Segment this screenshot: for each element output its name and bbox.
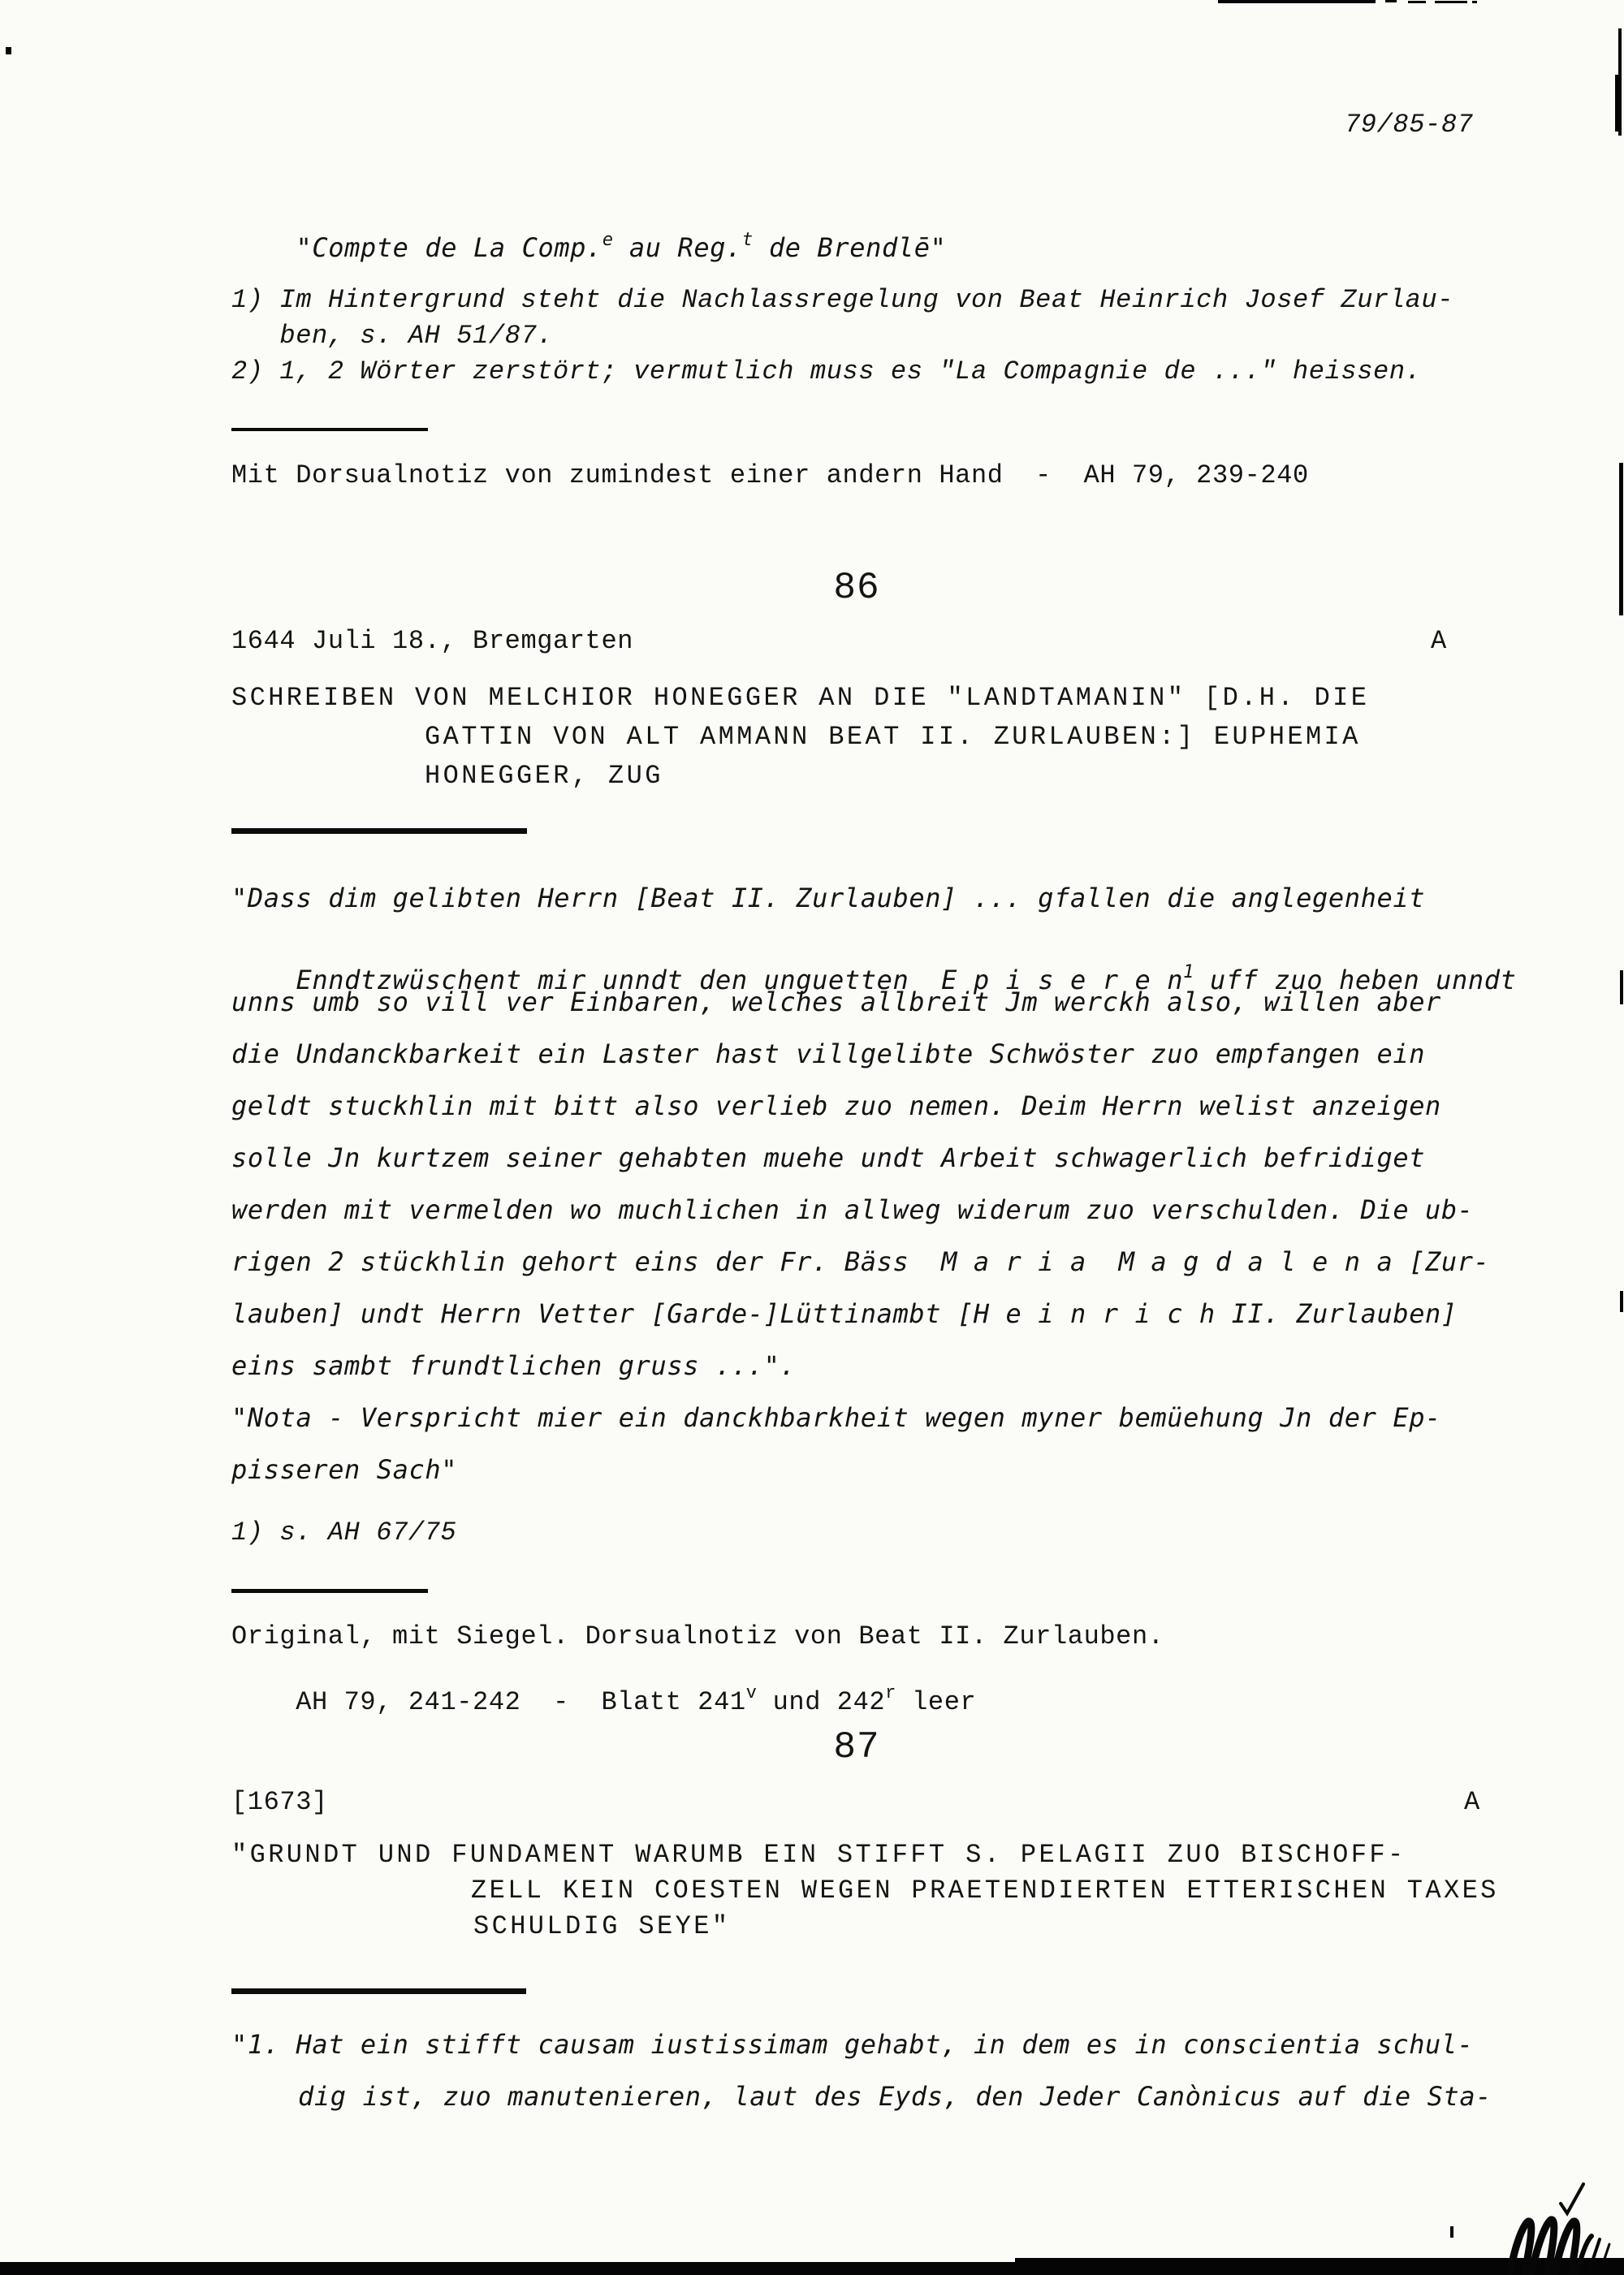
separator-rule <box>231 828 527 834</box>
scan-edge-top-line <box>1408 1 1426 3</box>
compte-quote-pre: "Compte de La Comp. <box>296 232 602 263</box>
dorsual-note-line: Mit Dorsualnotiz von zumindest einer and… <box>231 461 1309 491</box>
entry-number-86: 86 <box>833 567 879 609</box>
scan-edge-right-line <box>1620 1291 1623 1312</box>
scan-speck <box>6 47 11 54</box>
entry86-quote-line: solle Jn kurtzem seiner gehabten muehe u… <box>231 1143 1425 1173</box>
entry87-siglum: A <box>1464 1788 1480 1818</box>
scan-edge-right-line <box>1615 75 1622 132</box>
footnote-line: 1) Im Hintergrund steht die Nachlassrege… <box>231 286 1453 316</box>
entry86-quote-line: unns umb so vill ver Einbaren, welches a… <box>231 987 1441 1017</box>
entry86-quote-line: "Dass dim gelibten Herrn [Beat II. Zurla… <box>231 883 1425 913</box>
entry87-dateline: [1673] <box>231 1788 328 1818</box>
separator-rule <box>231 1589 428 1593</box>
handwritten-pen-mark-icon <box>1499 2212 1621 2275</box>
entry86-footnote: 1) s. AH 67/75 <box>231 1518 456 1548</box>
episeren-footnote-superscript: 1 <box>1183 962 1194 982</box>
folio-superscript-r: r <box>885 1683 896 1703</box>
scan-edge-top-line <box>1435 1 1467 3</box>
entry86-quote-line: lauben] undt Herrn Vetter [Garde-]Lüttin… <box>231 1299 1458 1329</box>
entry86-siglum: A <box>1431 627 1447 657</box>
entry86-provenance-line: Original, mit Siegel. Dorsualnotiz von B… <box>231 1622 1164 1652</box>
compte-superscript-e: e <box>603 230 613 250</box>
entry86-quote-line: werden mit vermelden wo muchlichen in al… <box>231 1195 1474 1225</box>
separator-rule <box>231 428 428 431</box>
scan-edge-top-line <box>1385 0 1397 2</box>
archive-catalog-page: 79/85-87 "Compte de La Comp.e au Reg.t d… <box>0 0 1624 2275</box>
compte-superscript-t: t <box>742 230 753 250</box>
scan-edge-right-line <box>1619 463 1623 615</box>
entry87-heading-line: SCHULDIG SEYE" <box>473 1912 730 1942</box>
compte-quote-line: "Compte de La Comp.e au Reg.t de Brendlē… <box>231 203 946 292</box>
entry86-heading-line: GATTIN VON ALT AMMANN BEAT II. ZURLAUBEN… <box>425 723 1361 753</box>
entry86-quote-line: die Undanckbarkeit ein Laster hast villg… <box>231 1039 1425 1069</box>
entry87-heading-line: ZELL KEIN COESTEN WEGEN PRAETENDIERTEN E… <box>471 1876 1499 1906</box>
entry87-heading-line: "GRUNDT UND FUNDAMENT WARUMB EIN STIFFT … <box>231 1841 1406 1871</box>
page-number: 79/85-87 <box>1345 110 1473 140</box>
entry87-quote-line: dig ist, zuo manutenieren, laut des Eyds… <box>298 2082 1492 2112</box>
entry86-dateline: 1644 Juli 18., Bremgarten <box>231 627 633 657</box>
scan-edge-top-line <box>1218 0 1376 3</box>
scan-edge-top-line <box>1472 1 1477 3</box>
scan-speck <box>1450 2226 1453 2238</box>
footnote-line: ben, s. AH 51/87. <box>231 322 553 352</box>
entry86-quote-line: geldt stuckhlin mit bitt also verlieb zu… <box>231 1091 1441 1121</box>
provenance-pre: AH 79, 241-242 - Blatt 241 <box>296 1687 746 1717</box>
entry86-nota-line: pisseren Sach" <box>231 1455 457 1485</box>
separator-rule <box>231 1988 526 1994</box>
entry87-quote-line: "1. Hat ein stifft causam iustissimam ge… <box>231 2030 1474 2060</box>
entry86-quote-line: eins sambt frundtlichen gruss ...". <box>231 1351 796 1381</box>
entry86-nota-line: "Nota - Verspricht mier ein danckhbarkhe… <box>231 1403 1441 1433</box>
entry86-heading-line: SCHREIBEN VON MELCHIOR HONEGGER AN DIE "… <box>231 684 1369 714</box>
scan-edge-right-line <box>1620 970 1623 1004</box>
entry86-heading-line: HONEGGER, ZUG <box>425 762 663 792</box>
provenance-post: leer <box>896 1687 976 1717</box>
entry86-quote-line: rigen 2 stückhlin gehort eins der Fr. Bä… <box>231 1247 1490 1277</box>
folio-superscript-v: v <box>746 1683 757 1703</box>
entry-number-87: 87 <box>833 1726 879 1768</box>
compte-quote-post: de Brendlē" <box>753 232 946 263</box>
compte-quote-mid: au Reg. <box>613 232 742 263</box>
footnote-line: 2) 1, 2 Wörter zerstört; vermutlich muss… <box>231 357 1421 387</box>
provenance-mid: und 242 <box>757 1687 885 1717</box>
